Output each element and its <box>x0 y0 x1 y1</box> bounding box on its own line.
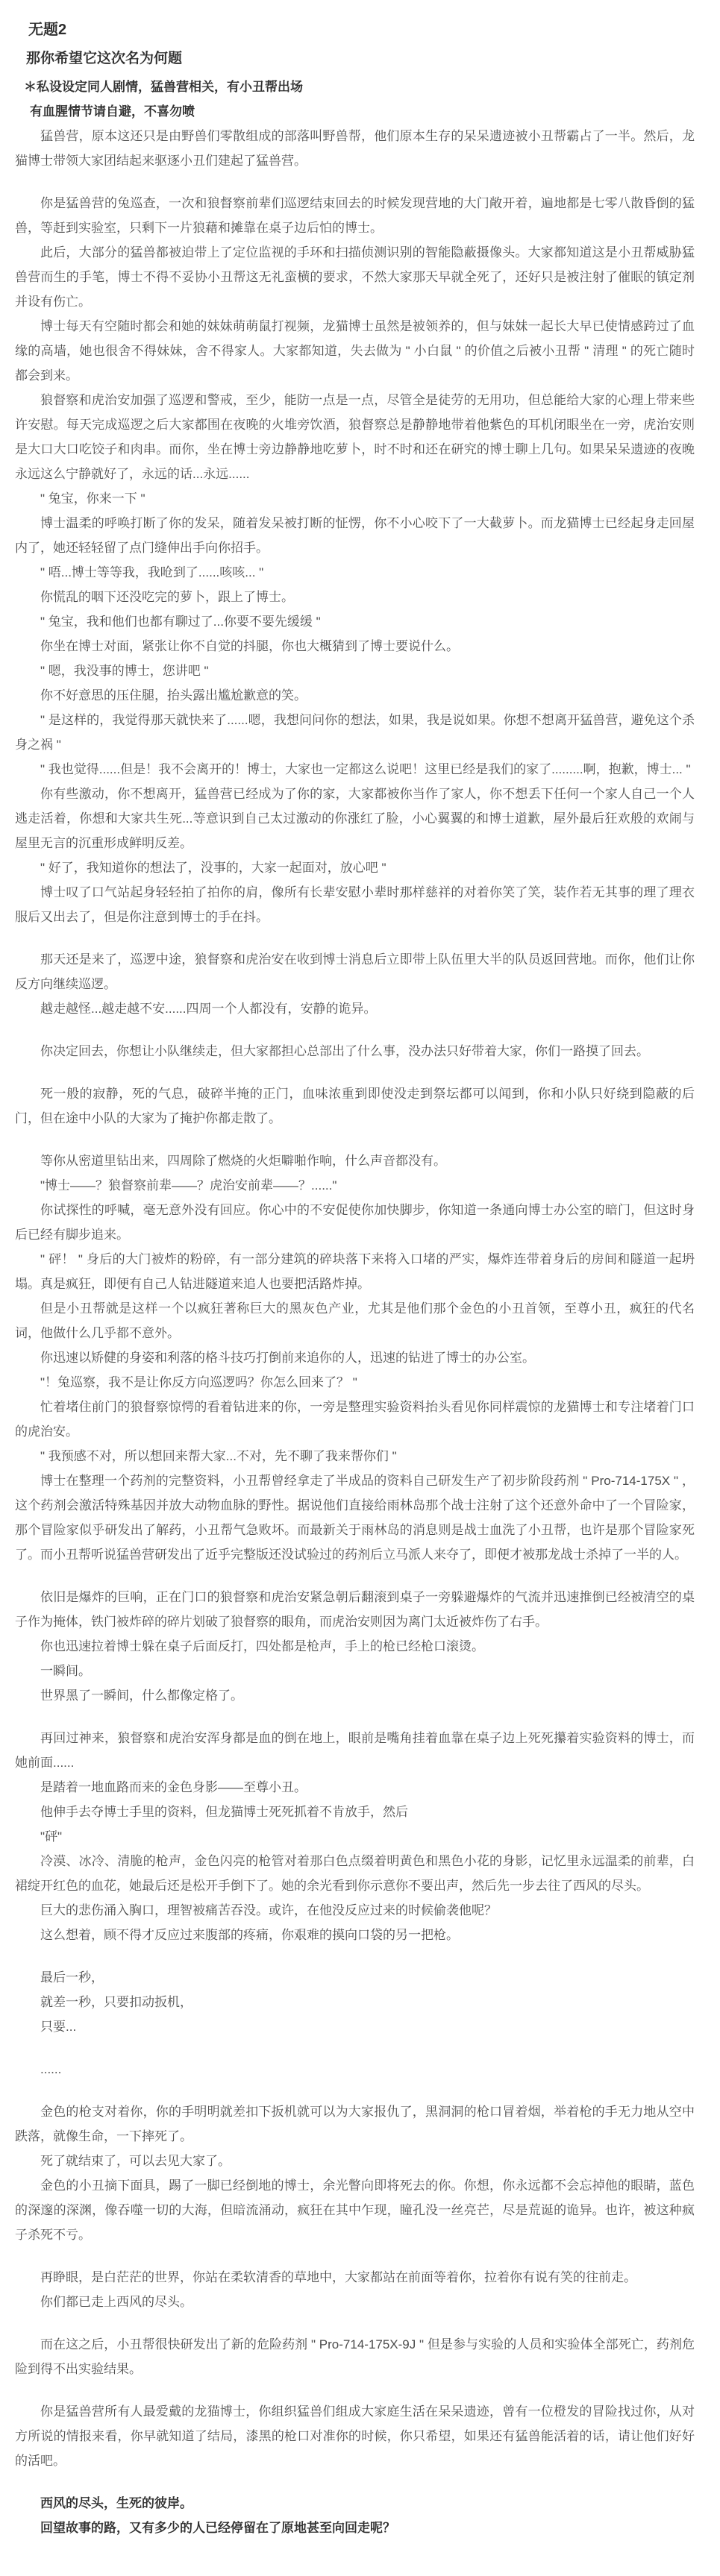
story-paragraph: "博士——？狼督察前辈——？虎治安前辈——？......" <box>15 1173 695 1198</box>
story-paragraph: 就差一秒，只要扣动扳机， <box>15 1990 695 2014</box>
story-paragraph: 博士在整理一个药剂的完整资料，小丑帮曾经拿走了半成品的资料自己研发生产了初步阶段… <box>15 1468 695 1567</box>
story-paragraph: 冷漠、冰冷、清脆的枪声，金色闪亮的枪管对着那白色点缀着明黄色和黑色小花的身影，记… <box>15 1849 695 1898</box>
story-paragraph: 死了就结束了，可以去见大家了。 <box>15 2149 695 2173</box>
story-paragraph: 你决定回去，你想让小队继续走，但大家都担心总部出了什么事，没办法只好带着大家，你… <box>15 1039 695 1064</box>
story-paragraph: 你是猛兽营所有人最爱戴的龙猫博士，你组织猛兽们组成大家庭生活在呆呆遗迹，曾有一位… <box>15 2399 695 2473</box>
story-paragraph: " 兔宝，我和他们也都有聊过了...你要不要先缓缓 " <box>15 609 695 634</box>
author-note-content-warning: 有血腥情节请自避，不喜勿喷 <box>30 99 695 124</box>
story-paragraph: 忙着堵住前门的狼督察惊愕的看着钻进来的你，一旁是整理实验资料抬头看见你同样震惊的… <box>15 1395 695 1444</box>
story-paragraph: " 砰！ " 身后的大门被炸的粉碎，有一部分建筑的碎块落下来将入口堵的严实，爆炸… <box>15 1247 695 1296</box>
story-paragraph: "！兔巡察，我不是让你反方向巡逻吗？你怎么回来了？ " <box>15 1370 695 1395</box>
paragraph-gap <box>15 1567 695 1585</box>
paragraph-gap <box>15 1131 695 1149</box>
paragraph-gap <box>15 2039 695 2057</box>
story-paragraph: 再回过神来，狼督察和虎治安浑身都是血的倒在地上，眼前是嘴角挂着血靠在桌子边上死死… <box>15 1726 695 1775</box>
story-paragraph: 你也迅速拉着博士躲在桌子后面反打，四处都是枪声，手上的枪已经枪口滚烫。 <box>15 1634 695 1659</box>
story-paragraph: " 兔宝，你来一下 " <box>15 486 695 511</box>
story-paragraph: 那天还是来了，巡逻中途，狼督察和虎治安在收到博士消息后立即带上队伍里大半的队员返… <box>15 947 695 996</box>
story-paragraph: ...... <box>15 2057 695 2082</box>
story-paragraph: 你慌乱的咽下还没吃完的萝卜，跟上了博士。 <box>15 585 695 609</box>
story-paragraph: 一瞬间。 <box>15 1659 695 1683</box>
paragraph-gap <box>15 2381 695 2399</box>
story-paragraph: " 我预感不对，所以想回来帮大家...不对，先不聊了我来帮你们 " <box>15 1444 695 1468</box>
story-paragraph: 你们都已走上西风的尽头。 <box>15 2290 695 2314</box>
story-paragraph: 你有些激动，你不想离开，猛兽营已经成为了你的家，大家都被你当作了家人，你不想丢下… <box>15 782 695 855</box>
story-paragraph: 你坐在博士对面，紧张让你不自觉的抖腿，你也大概猜到了博士要说什么。 <box>15 634 695 659</box>
story-paragraph: 世界黑了一瞬间，什么都像定格了。 <box>15 1683 695 1708</box>
story-paragraph: 是踏着一地血路而来的金色身影——至尊小丑。 <box>15 1775 695 1800</box>
story-paragraph: "砰" <box>15 1824 695 1849</box>
story-ending-line: 回望故事的路，又有多少的人已经停留在了原地甚至向回走呢？ <box>15 2516 695 2540</box>
paragraph-gap <box>15 929 695 947</box>
story-paragraph: 你是猛兽营的兔巡查，一次和狼督察前辈们巡逻结束回去的时候发现营地的大门敞开着，遍… <box>15 191 695 240</box>
story-paragraph: 依旧是爆炸的巨响，正在门口的狼督察和虎治安紧急朝后翻滚到桌子一旁躲避爆炸的气流并… <box>15 1585 695 1634</box>
story-paragraph: 你试探性的呼喊，毫无意外没有回应。你心中的不安促使你加快脚步，你知道一条通向博士… <box>15 1198 695 1247</box>
story-paragraph: 这么想着，顾不得才反应过来腹部的疼痛，你艰难的摸向口袋的另一把枪。 <box>15 1923 695 1947</box>
story-paragraph: 他伸手去夺博士手里的资料，但龙猫博士死死抓着不肯放手，然后 <box>15 1800 695 1824</box>
story-paragraph: 越走越怪...越走越不安......四周一个人都没有，安静的诡异。 <box>15 996 695 1021</box>
story-paragraph: 博士温柔的呼唤打断了你的发呆，随着发呆被打断的怔愣，你不小心咬下了一大截萝卜。而… <box>15 511 695 560</box>
story-paragraph: " 嗯，我没事的博士，您讲吧 " <box>15 659 695 683</box>
story-body: 猛兽营，原本这还只是由野兽们零散组成的部落叫野兽帮，他们原本生存的呆呆遗迹被小丑… <box>15 124 695 2540</box>
story-paragraph: 巨大的悲伤涌入胸口，理智被痛苦吞没。或许，在他没反应过来的时候偷袭他呢？ <box>15 1898 695 1923</box>
story-paragraph: 金色的枪支对着你，你的手明明就差扣下扳机就可以为大家报仇了，黑洞洞的枪口冒着烟，… <box>15 2099 695 2149</box>
story-paragraph: 猛兽营，原本这还只是由野兽们零散组成的部落叫野兽帮，他们原本生存的呆呆遗迹被小丑… <box>15 124 695 173</box>
story-paragraph: 金色的小丑摘下面具，踢了一脚已经倒地的博士，余光瞥向即将死去的你。你想，你永远都… <box>15 2173 695 2247</box>
post-title: 无题2 <box>28 19 695 40</box>
story-paragraph: 狼督察和虎治安加强了巡逻和警戒，至少，能防一点是一点，尽管全是徒劳的无用功，但总… <box>15 388 695 486</box>
story-ending-line: 西风的尽头，生死的彼岸。 <box>15 2491 695 2516</box>
paragraph-gap <box>15 2082 695 2099</box>
paragraph-gap <box>15 173 695 191</box>
author-note-warning: ＊私设设定同人剧情，猛兽营相关，有小丑帮出场 <box>24 75 695 99</box>
story-paragraph: 但是小丑帮就是这样一个以疯狂著称巨大的黑灰色产业，尤其是他们那个金色的小丑首领，… <box>15 1296 695 1345</box>
story-paragraph: " 我也觉得......但是！我不会离开的！博士，大家也一定都这么说吧！这里已经… <box>15 757 695 782</box>
paragraph-gap <box>15 1947 695 1965</box>
article: 无题2 那你希望它这次名为何题 ＊私设设定同人剧情，猛兽营相关，有小丑帮出场 有… <box>0 0 720 2576</box>
story-paragraph: 你不好意思的压住腿，抬头露出尴尬歉意的笑。 <box>15 683 695 708</box>
story-paragraph: " 唔...博士等等我，我呛到了......咳咳... " <box>15 560 695 585</box>
paragraph-gap <box>15 1708 695 1726</box>
story-paragraph: 博士叹了口气站起身轻轻拍了拍你的肩，像所有长辈安慰小辈时那样慈祥的对着你笑了笑，… <box>15 880 695 929</box>
paragraph-gap <box>15 1021 695 1039</box>
paragraph-gap <box>15 2473 695 2491</box>
paragraph-gap <box>15 2314 695 2332</box>
post-subtitle: 那你希望它这次名为何题 <box>26 49 695 69</box>
story-paragraph: 最后一秒， <box>15 1965 695 1990</box>
story-paragraph: 博士每天有空随时都会和她的妹妹萌萌鼠打视频，龙猫博士虽然是被领养的，但与妹妹一起… <box>15 314 695 388</box>
story-paragraph: 再睁眼，是白茫茫的世界，你站在柔软清香的草地中，大家都站在前面等着你，拉着你有说… <box>15 2265 695 2290</box>
story-paragraph: 只要... <box>15 2014 695 2039</box>
story-paragraph: 此后，大部分的猛兽都被迫带上了定位监视的手环和扫描侦测识别的智能隐蔽摄像头。大家… <box>15 240 695 314</box>
paragraph-gap <box>15 1064 695 1081</box>
story-paragraph: " 好了，我知道你的想法了，没事的，大家一起面对，放心吧 " <box>15 855 695 880</box>
story-paragraph: 你迅速以矫健的身姿和利落的格斗技巧打倒前来追你的人，迅速的钻进了博士的办公室。 <box>15 1345 695 1370</box>
story-paragraph: 而在这之后，小丑帮很快研发出了新的危险药剂 " Pro-714-175X-9J … <box>15 2332 695 2381</box>
story-paragraph: " 是这样的，我觉得那天就快来了......嗯，我想问问你的想法，如果，我是说如… <box>15 708 695 757</box>
story-paragraph: 等你从密道里钻出来，四周除了燃烧的火炬噼啪作响，什么声音都没有。 <box>15 1149 695 1173</box>
story-paragraph: 死一般的寂静，死的气息，破碎半掩的正门，血味浓重到即使没走到祭坛都可以闻到，你和… <box>15 1081 695 1131</box>
paragraph-gap <box>15 2247 695 2265</box>
